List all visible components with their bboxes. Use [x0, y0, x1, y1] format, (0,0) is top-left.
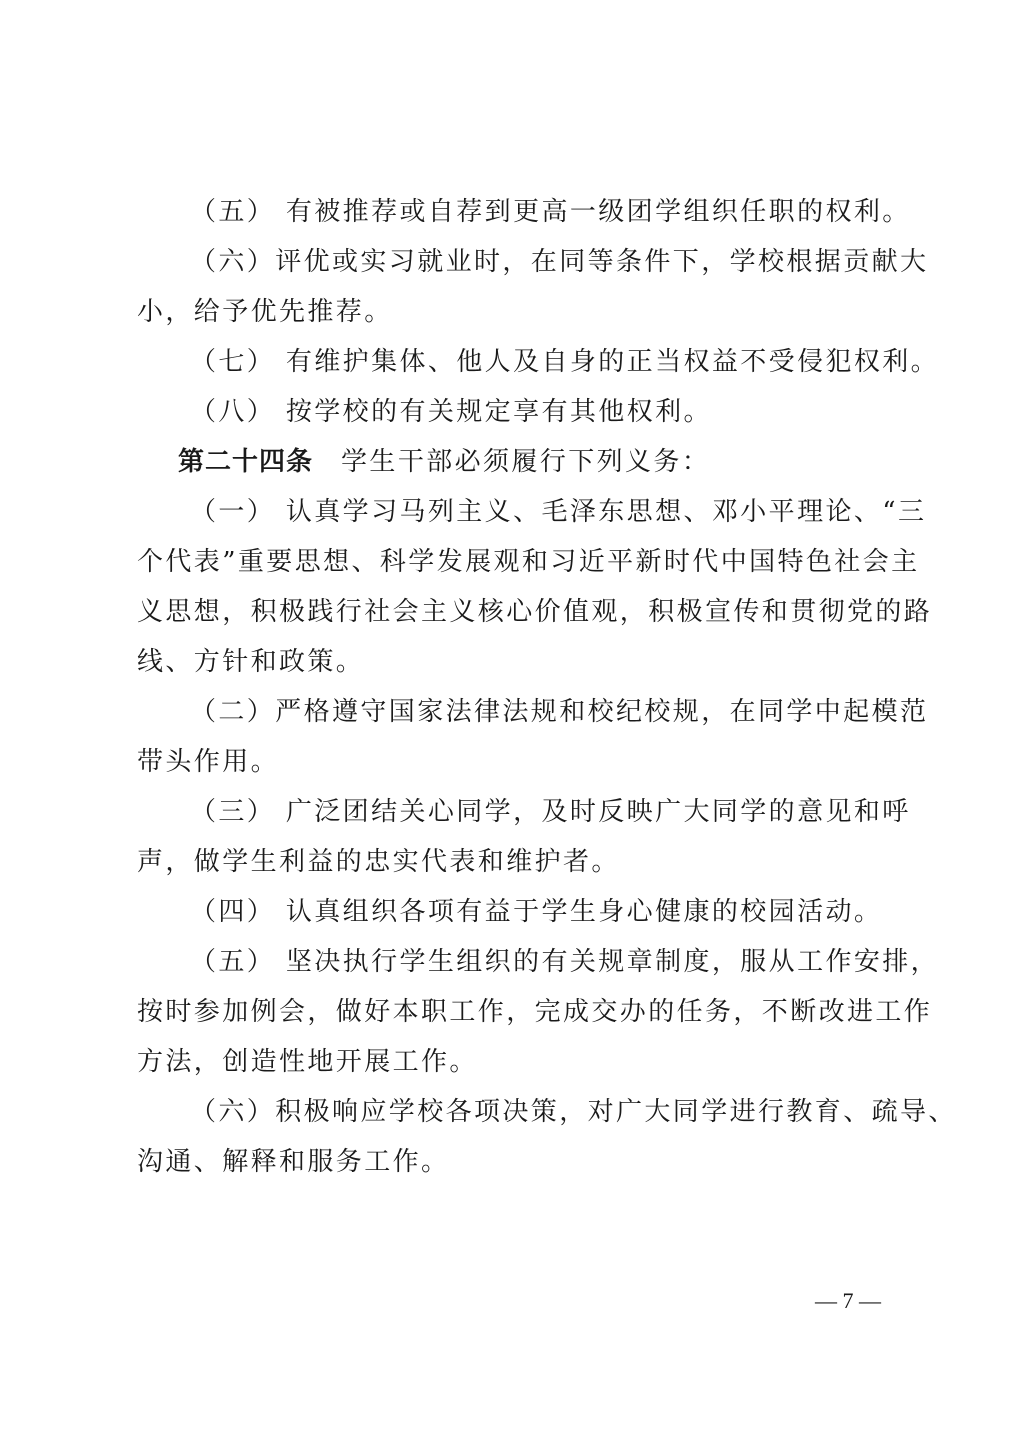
duty-item-5: （五） 坚决执行学生组织的有关规章制度，服从工作安排， [190, 946, 939, 978]
rights-item-7: （七） 有维护集体、他人及自身的正当权益不受侵犯权利。 [190, 346, 939, 378]
article-24: 第二十四条学生干部必须履行下列义务： [178, 446, 710, 478]
article-24-intro: 学生干部必须履行下列义务： [341, 447, 710, 477]
duty-item-3-cont: 声，做学生利益的忠实代表和维护者。 [137, 846, 620, 878]
page-number: — 7 — [815, 1287, 881, 1315]
duty-item-5-cont1: 按时参加例会，做好本职工作，完成交办的任务，不断改进工作 [137, 996, 932, 1028]
duty-item-1-cont3: 线、方针和政策。 [137, 646, 364, 678]
rights-item-6: （六）评优或实习就业时，在同等条件下，学校根据贡献大 [190, 246, 928, 278]
duty-item-4: （四） 认真组织各项有益于学生身心健康的校园活动。 [190, 896, 882, 928]
article-heading: 第二十四条 [178, 447, 313, 477]
rights-item-6-cont: 小，给予优先推荐。 [137, 296, 393, 328]
duty-item-2: （二）严格遵守国家法律法规和校纪校规，在同学中起模范 [190, 696, 928, 728]
duty-item-5-cont2: 方法，创造性地开展工作。 [137, 1046, 478, 1078]
duty-item-3: （三） 广泛团结关心同学，及时反映广大同学的意见和呼 [190, 796, 911, 828]
duty-item-6: （六）积极响应学校各项决策，对广大同学进行教育、疏导、 [190, 1096, 957, 1128]
duty-item-2-cont: 带头作用。 [137, 746, 279, 778]
duty-item-1-cont1: 个代表”重要思想、科学发展观和习近平新时代中国特色社会主 [137, 546, 920, 578]
duty-item-1: （一） 认真学习马列主义、毛泽东思想、邓小平理论、“三 [190, 496, 926, 528]
rights-item-5: （五） 有被推荐或自荐到更高一级团学组织任职的权利。 [190, 196, 911, 228]
rights-item-8: （八） 按学校的有关规定享有其他权利。 [190, 396, 712, 428]
duty-item-1-cont2: 义思想，积极践行社会主义核心价值观，积极宣传和贯彻党的路 [137, 596, 932, 628]
duty-item-6-cont: 沟通、解释和服务工作。 [137, 1146, 449, 1178]
